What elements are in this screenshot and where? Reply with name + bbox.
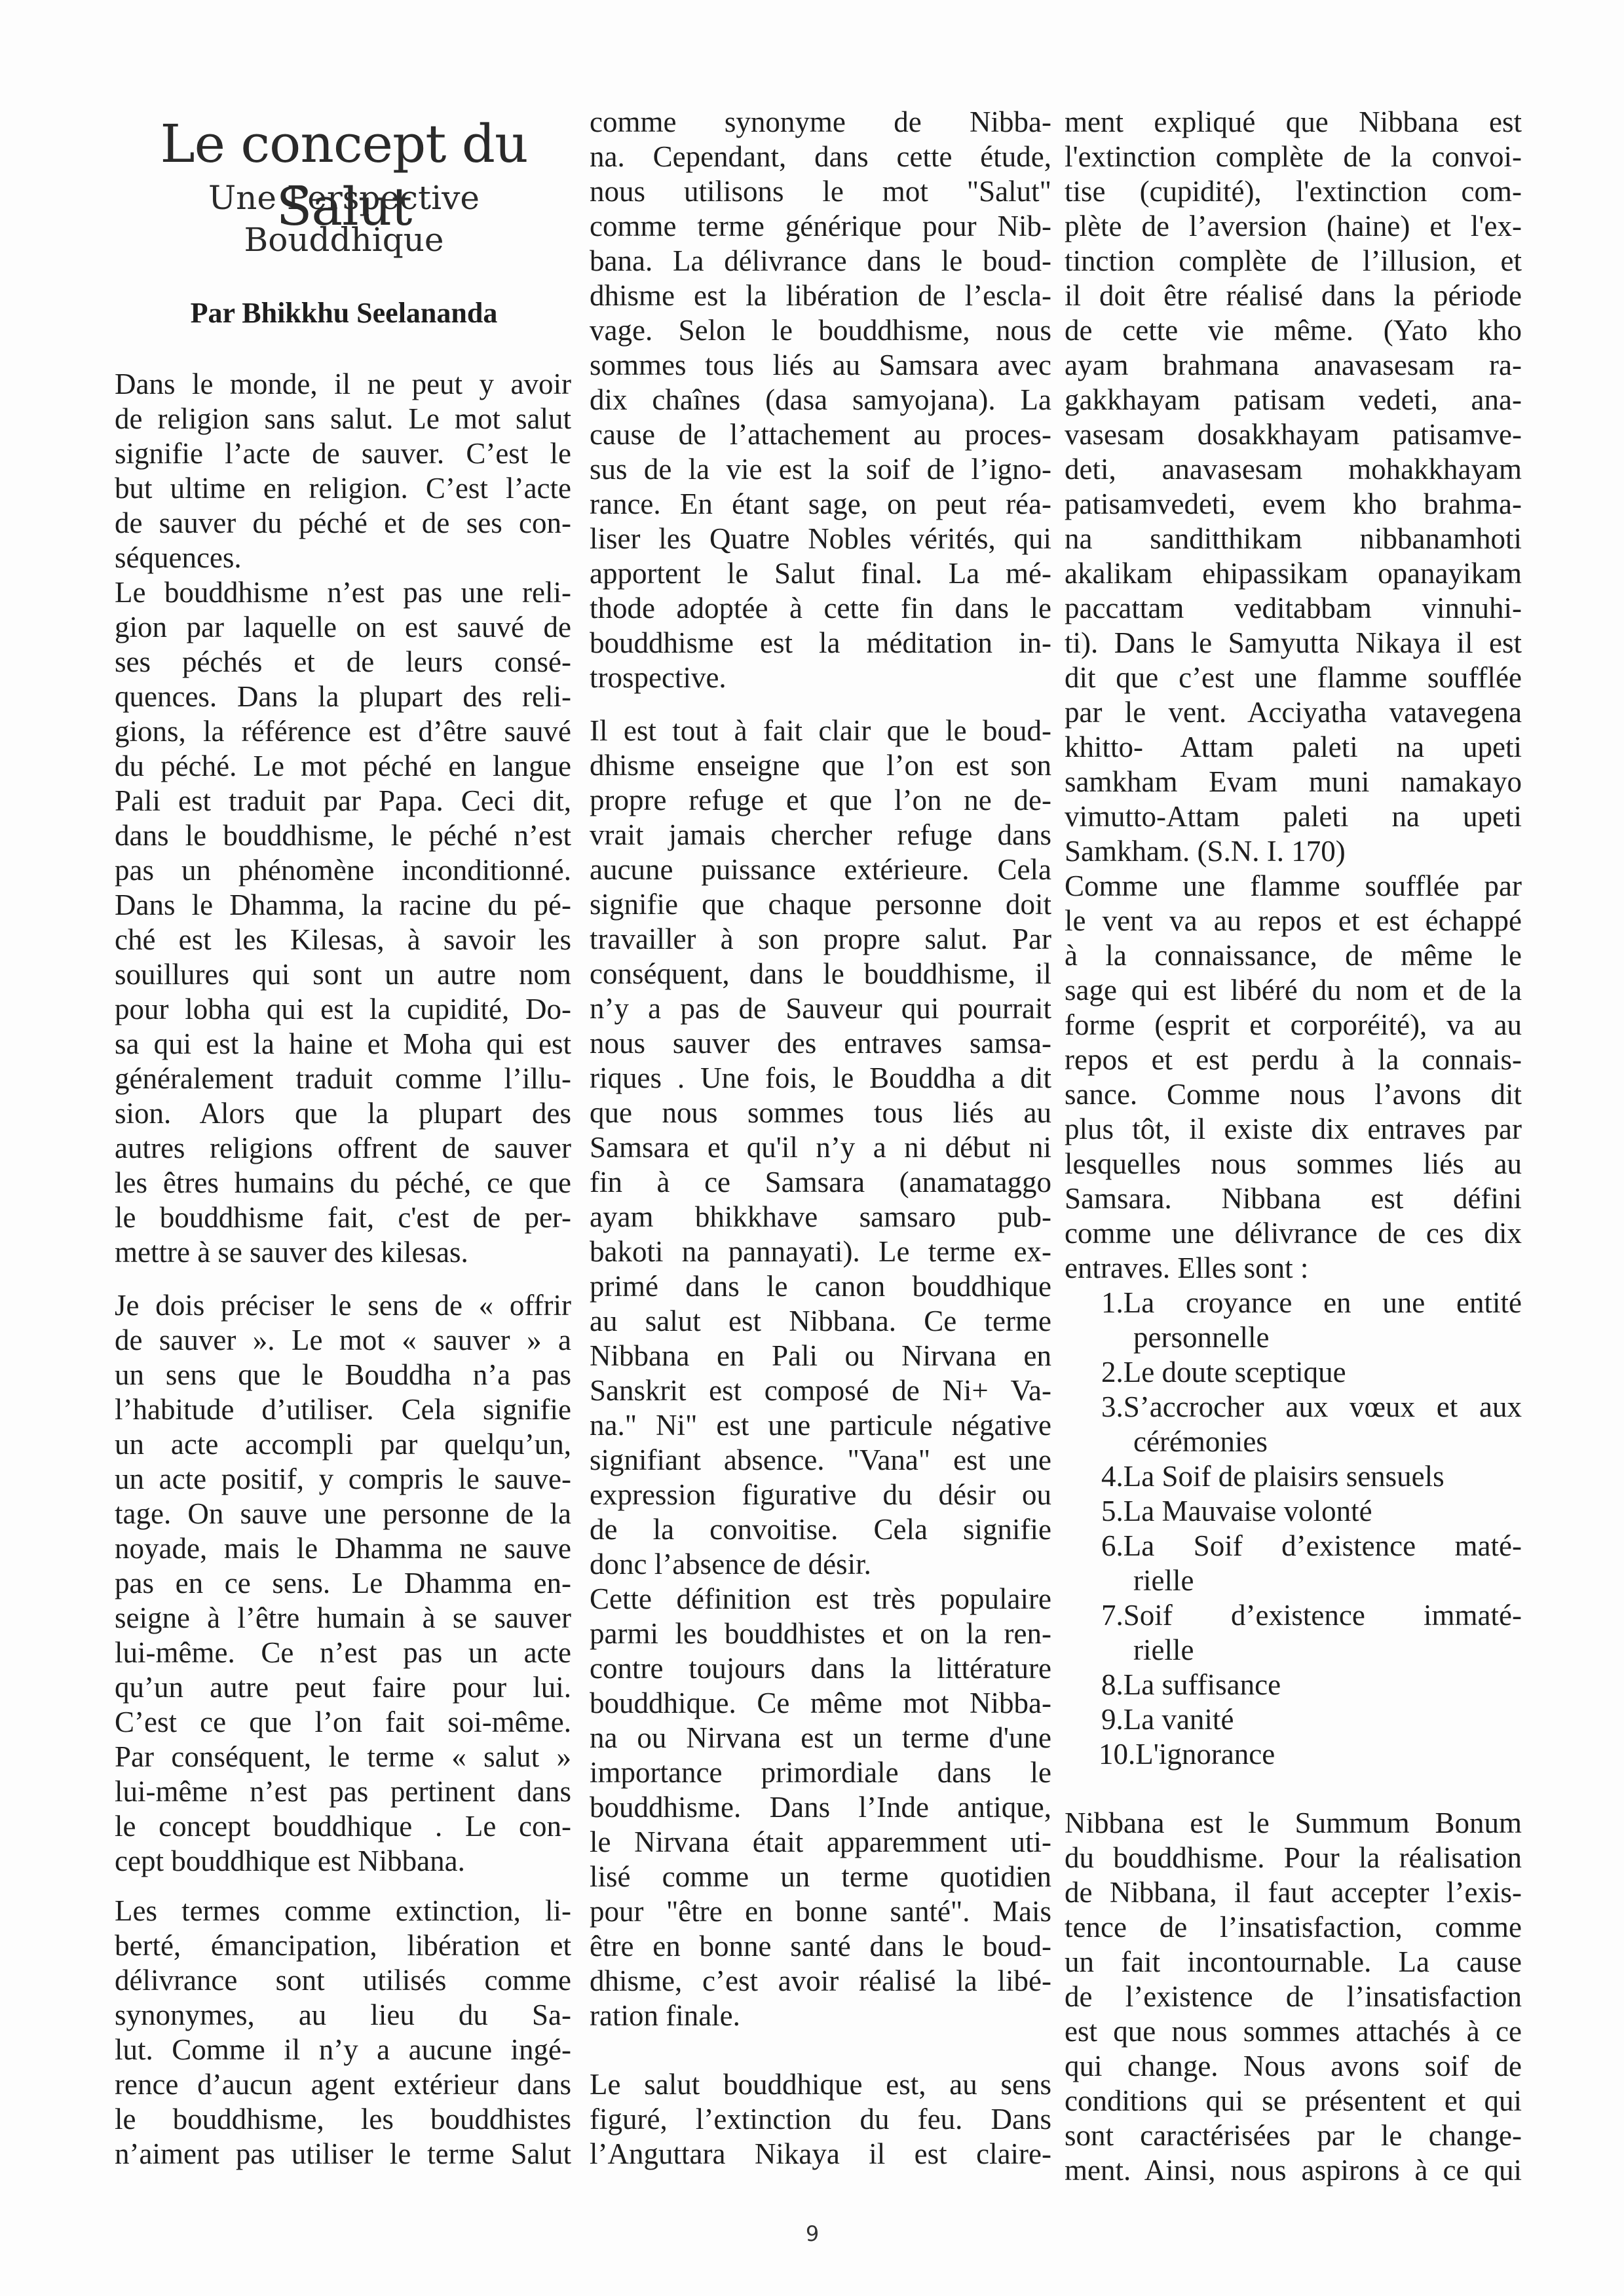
list-item-text: S’accrocher aux vœux et aux bbox=[1124, 1390, 1522, 1423]
text-line: aucune puissance extérieure. Cela bbox=[590, 852, 1051, 887]
text-line: le Nirvana était apparemment uti- bbox=[590, 1825, 1051, 1860]
list-item-continuation: personnelle bbox=[1133, 1320, 1522, 1355]
text-line: il doit être réalisé dans la période bbox=[1065, 278, 1522, 313]
list-item-number: 4. bbox=[1101, 1460, 1124, 1493]
text-line: plète de l’aversion (haine) et l'ex- bbox=[1065, 209, 1522, 244]
text-line: sont caractérisées par le change- bbox=[1065, 2118, 1522, 2153]
list-item-text: La Mauvaise volonté bbox=[1124, 1495, 1372, 1527]
text-line: être en bonne santé dans le boud- bbox=[590, 1929, 1051, 1964]
text-line: ti). Dans le Samyutta Nikaya il est bbox=[1065, 626, 1522, 660]
list-item-text: Le doute sceptique bbox=[1124, 1356, 1346, 1388]
text-line: à la connaissance, de même le bbox=[1065, 938, 1522, 973]
text-line: riques . Une fois, le Bouddha a dit bbox=[590, 1061, 1051, 1096]
text-line: akalikam ehipassikam opanayikam bbox=[1065, 556, 1522, 591]
text-line: l’Anguttara Nikaya il est claire- bbox=[590, 2137, 1051, 2172]
text-line: Par conséquent, le terme « salut » bbox=[115, 1740, 571, 1774]
text-line: propre refuge et que l’on ne de- bbox=[590, 783, 1051, 818]
text-line: souillures qui sont un autre nom bbox=[115, 957, 571, 992]
document-page: Le concept du Salut Une Perspective Boud… bbox=[0, 0, 1624, 2296]
text-line: Pali est traduit par Papa. Ceci dit, bbox=[115, 784, 571, 818]
text-line: n’y a pas de Sauveur qui pourrait bbox=[590, 991, 1051, 1026]
text-line: Il est tout à fait clair que le boud- bbox=[590, 714, 1051, 748]
text-line: par le vent. Acciyatha vatavegena bbox=[1065, 695, 1522, 730]
text-line: de sauver du péché et de ses con- bbox=[115, 506, 571, 541]
text-line: rance. En étant sage, on peut réa- bbox=[590, 487, 1051, 522]
text-line: na sanditthikam nibbanamhoti bbox=[1065, 522, 1522, 556]
list-item: 5.La Mauvaise volonté bbox=[1101, 1494, 1522, 1529]
text-line: délivrance sont utilisés comme bbox=[115, 1963, 571, 1998]
text-line: qui change. Nous avons soif de bbox=[1065, 2049, 1522, 2084]
text-line: que nous sommes tous liés au bbox=[590, 1096, 1051, 1130]
text-line: n’aiment pas utiliser le terme Salut bbox=[115, 2137, 571, 2172]
text-line: vrait jamais chercher refuge dans bbox=[590, 818, 1051, 852]
text-line: ses péchés et de leurs consé- bbox=[115, 645, 571, 679]
text-line: importance primordiale dans le bbox=[590, 1755, 1051, 1790]
text-line: lui-même. Ce n’est pas un acte bbox=[115, 1636, 571, 1670]
list-item: 8.La suffisance bbox=[1101, 1668, 1522, 1702]
text-line: na." Ni" est une particule négative bbox=[590, 1408, 1051, 1443]
text-line: Nibbana en Pali ou Nirvana en bbox=[590, 1339, 1051, 1373]
text-line: ayam bhikkhave samsaro pub- bbox=[590, 1200, 1051, 1234]
list-item-text: La vanité bbox=[1124, 1703, 1234, 1736]
text-line: C’est ce que l’on fait soi-même. bbox=[115, 1705, 571, 1740]
text-line: Sanskrit est composé de Ni+ Va- bbox=[590, 1373, 1051, 1408]
article-subtitle-line-2: Bouddhique bbox=[115, 219, 573, 261]
text-line: signifie que chaque personne doit bbox=[590, 887, 1051, 922]
text-line: cause de l’attachement au proces- bbox=[590, 417, 1051, 452]
text-line: dans le bouddhisme, le péché n’est bbox=[115, 818, 571, 853]
text-line: travailler à son propre salut. Par bbox=[590, 922, 1051, 957]
text-line: ment expliqué que Nibbana est bbox=[1065, 105, 1522, 140]
text-line: signifiant absence. "Vana" est une bbox=[590, 1443, 1051, 1478]
text-line: Le salut bouddhique est, au sens bbox=[590, 2067, 1051, 2102]
list-item-text: L'ignorance bbox=[1135, 1738, 1275, 1770]
text-line: sance. Comme nous l’avons dit bbox=[1065, 1077, 1522, 1112]
text-line: sion. Alors que la plupart des bbox=[115, 1096, 571, 1131]
text-line: fin à ce Samsara (anamataggo bbox=[590, 1165, 1051, 1200]
list-item: 4.La Soif de plaisirs sensuels bbox=[1101, 1459, 1522, 1494]
text-line: dhisme, c’est avoir réalisé la libé- bbox=[590, 1964, 1051, 1999]
text-line: patisamvedeti, evem kho brahma- bbox=[1065, 487, 1522, 522]
text-line: de Nibbana, il faut accepter l’exis- bbox=[1065, 1875, 1522, 1910]
text-line: bouddhique. Ce même mot Nibba- bbox=[590, 1686, 1051, 1721]
text-line: seigne à l’être humain à se sauver bbox=[115, 1601, 571, 1636]
text-line: pas un phénomène inconditionné. bbox=[115, 853, 571, 888]
text-line: Les termes comme extinction, li- bbox=[115, 1894, 571, 1928]
text-line: vasesam dosakkhayam patisamve- bbox=[1065, 417, 1522, 452]
list-item-number: 5. bbox=[1101, 1495, 1124, 1527]
text-line: contre toujours dans la littérature bbox=[590, 1651, 1051, 1686]
text-line: paccattam veditabbam vinnuhi- bbox=[1065, 591, 1522, 626]
text-line: Comme une flamme soufflée par bbox=[1065, 869, 1522, 904]
text-line: sommes tous liés au Samsara avec bbox=[590, 348, 1051, 383]
text-line: Je dois préciser le sens de « offrir bbox=[115, 1288, 571, 1323]
text-line: deti, anavasesam mohakkhayam bbox=[1065, 452, 1522, 487]
text-line: bouddhisme est la méditation in- bbox=[590, 626, 1051, 660]
list-item-number: 10. bbox=[1099, 1738, 1135, 1770]
list-item: 10.L'ignorance bbox=[1099, 1737, 1522, 1772]
list-item-number: 1. bbox=[1101, 1286, 1124, 1319]
list-item: 7.Soif d’existence immaté- bbox=[1101, 1598, 1522, 1633]
text-line: sage qui est libéré du nom et de la bbox=[1065, 973, 1522, 1008]
list-item-number: 9. bbox=[1101, 1703, 1124, 1736]
text-line: Samsara et qu'il n’y a ni début ni bbox=[590, 1130, 1051, 1165]
text-line: sa qui est la haine et Moha qui est bbox=[115, 1027, 571, 1062]
text-line: Dans le Dhamma, la racine du pé- bbox=[115, 888, 571, 923]
text-line: qu’un autre peut faire pour lui. bbox=[115, 1670, 571, 1705]
text-line: cept bouddhique est Nibbana. bbox=[115, 1844, 571, 1879]
text-line: gions, la référence est d’être sauvé bbox=[115, 714, 571, 749]
list-item-number: 8. bbox=[1101, 1668, 1124, 1701]
list-item-number: 7. bbox=[1101, 1599, 1124, 1632]
text-line: dhisme est la libération de l’escla- bbox=[590, 278, 1051, 313]
list-item-number: 6. bbox=[1101, 1529, 1124, 1562]
text-line: noyade, mais le Dhamma ne sauve bbox=[115, 1531, 571, 1566]
text-line: Dans le monde, il ne peut y avoir bbox=[115, 367, 571, 402]
text-line: tinction complète de l’illusion, et bbox=[1065, 244, 1522, 278]
text-line: dit que c’est une flamme soufflée bbox=[1065, 660, 1522, 695]
text-line: trospective. bbox=[590, 660, 1051, 695]
text-line: apportent le Salut final. La mé- bbox=[590, 556, 1051, 591]
text-line: tise (cupidité), l'extinction com- bbox=[1065, 174, 1522, 209]
text-line: Cette définition est très populaire bbox=[590, 1582, 1051, 1617]
text-line: entraves. Elles sont : bbox=[1065, 1251, 1522, 1286]
text-line: du bouddhisme. Pour la réalisation bbox=[1065, 1841, 1522, 1875]
text-line: berté, émancipation, libération et bbox=[115, 1928, 571, 1963]
text-line: nous sauver des entraves samsa- bbox=[590, 1026, 1051, 1061]
text-line: quences. Dans la plupart des reli- bbox=[115, 679, 571, 714]
text-line: au salut est Nibbana. Ce terme bbox=[590, 1304, 1051, 1339]
text-line: bakoti na pannayati). Le terme ex- bbox=[590, 1234, 1051, 1269]
text-line: but ultime en religion. C’est l’acte bbox=[115, 471, 571, 506]
text-line: comme synonyme de Nibba- bbox=[590, 105, 1051, 140]
text-line: parmi les bouddhistes et on la ren- bbox=[590, 1617, 1051, 1651]
text-line: tence de l’insatisfaction, comme bbox=[1065, 1910, 1522, 1945]
text-line: na ou Nirvana est un terme d'une bbox=[590, 1721, 1051, 1755]
text-line: tage. On sauve une personne de la bbox=[115, 1497, 571, 1531]
text-line: un fait incontournable. La cause bbox=[1065, 1945, 1522, 1980]
text-line: figuré, l’extinction du feu. Dans bbox=[590, 2102, 1051, 2137]
text-line: samkham Evam muni namakayo bbox=[1065, 765, 1522, 799]
list-item: 6.La Soif d’existence maté- bbox=[1101, 1529, 1522, 1563]
list-item-text: La Soif d’existence maté- bbox=[1124, 1529, 1522, 1562]
list-item-continuation: rielle bbox=[1133, 1633, 1522, 1668]
text-line: ché est les Kilesas, à savoir les bbox=[115, 923, 571, 957]
text-line: pour lobha qui est la cupidité, Do- bbox=[115, 992, 571, 1027]
text-line: de religion sans salut. Le mot salut bbox=[115, 402, 571, 436]
list-item-number: 3. bbox=[1101, 1390, 1124, 1423]
text-line: lisé comme un terme quotidien bbox=[590, 1860, 1051, 1894]
list-item-continuation: rielle bbox=[1133, 1563, 1522, 1598]
text-line: lut. Comme il n’y a aucune ingé- bbox=[115, 2033, 571, 2067]
text-line: est que nous sommes attachés à ce bbox=[1065, 2014, 1522, 2049]
list-item: 2.Le doute sceptique bbox=[1101, 1355, 1522, 1390]
text-line: bouddhisme. Dans l’Inde antique, bbox=[590, 1790, 1051, 1825]
text-line: conditions qui se présentent et qui bbox=[1065, 2084, 1522, 2118]
text-line: pour "être en bonne santé". Mais bbox=[590, 1894, 1051, 1929]
text-line: de cette vie même. (Yato kho bbox=[1065, 313, 1522, 348]
text-line: l’habitude d’utiliser. Cela signifie bbox=[115, 1392, 571, 1427]
text-line: Nibbana est le Summum Bonum bbox=[1065, 1806, 1522, 1841]
list-item: 1.La croyance en une entité bbox=[1101, 1286, 1522, 1320]
text-line: na. Cependant, dans cette étude, bbox=[590, 140, 1051, 174]
text-line: Samkham. (S.N. I. 170) bbox=[1065, 834, 1522, 869]
text-line: ayam brahmana anavasesam ra- bbox=[1065, 348, 1522, 383]
page-number: 9 bbox=[760, 2221, 865, 2246]
text-line: liser les Quatre Nobles vérités, qui bbox=[590, 522, 1051, 556]
list-item: 3.S’accrocher aux vœux et aux bbox=[1101, 1390, 1522, 1425]
text-line: signifie l’acte de sauver. C’est le bbox=[115, 436, 571, 471]
text-line: rence d’aucun agent extérieur dans bbox=[115, 2067, 571, 2102]
text-line: khitto- Attam paleti na upeti bbox=[1065, 730, 1522, 765]
text-line: bana. La délivrance dans le boud- bbox=[590, 244, 1051, 278]
text-line: un acte positif, y compris le sauve- bbox=[115, 1462, 571, 1497]
text-line: lesquelles nous sommes liés au bbox=[1065, 1147, 1522, 1181]
text-line: gakkhayam patisam vedeti, ana- bbox=[1065, 383, 1522, 417]
text-line: primé dans le canon bouddhique bbox=[590, 1269, 1051, 1304]
text-line: pas en ce sens. Le Dhamma en- bbox=[115, 1566, 571, 1601]
text-line: de la convoitise. Cela signifie bbox=[590, 1512, 1051, 1547]
text-line: thode adoptée à cette fin dans le bbox=[590, 591, 1051, 626]
list-item-text: La croyance en une entité bbox=[1124, 1286, 1522, 1319]
text-line: ration finale. bbox=[590, 1999, 1051, 2033]
text-line: vimutto-Attam paleti na upeti bbox=[1065, 799, 1522, 834]
list-item-text: Soif d’existence immaté- bbox=[1124, 1599, 1522, 1632]
list-item-text: La suffisance bbox=[1124, 1668, 1281, 1701]
text-line: ment. Ainsi, nous aspirons à ce qui bbox=[1065, 2153, 1522, 2188]
text-line: le vent va au repos et est échappé bbox=[1065, 904, 1522, 938]
list-item-text: La Soif de plaisirs sensuels bbox=[1124, 1460, 1445, 1493]
list-item-number: 2. bbox=[1101, 1356, 1124, 1388]
text-line: donc l’absence de désir. bbox=[590, 1547, 1051, 1582]
text-line: autres religions offrent de sauver bbox=[115, 1131, 571, 1166]
text-line: plus tôt, il existe dix entraves par bbox=[1065, 1112, 1522, 1147]
text-line: gion par laquelle on est sauvé de bbox=[115, 610, 571, 645]
text-line: dix chaînes (dasa samyojana). La bbox=[590, 383, 1051, 417]
text-line: de sauver ». Le mot « sauver » a bbox=[115, 1323, 571, 1358]
text-line: dhisme enseigne que l’on est son bbox=[590, 748, 1051, 783]
text-line: séquences. bbox=[115, 541, 571, 575]
text-line: l'extinction complète de la convoi- bbox=[1065, 140, 1522, 174]
text-line: nous utilisons le mot "Salut" bbox=[590, 174, 1051, 209]
text-line: un sens que le Bouddha n’a pas bbox=[115, 1358, 571, 1392]
text-line: forme (esprit et corporéité), va au bbox=[1065, 1008, 1522, 1043]
text-line: vage. Selon le bouddhisme, nous bbox=[590, 313, 1051, 348]
text-line: les êtres humains du péché, ce que bbox=[115, 1166, 571, 1200]
article-subtitle-line-1: Une Perspective bbox=[115, 177, 573, 219]
text-line: repos et est perdu à la connais- bbox=[1065, 1043, 1522, 1077]
text-line: le bouddhisme fait, c'est de per- bbox=[115, 1200, 571, 1235]
text-line: un acte accompli par quelqu’un, bbox=[115, 1427, 571, 1462]
text-line: Le bouddhisme n’est pas une reli- bbox=[115, 575, 571, 610]
text-line: le bouddhisme, les bouddhistes bbox=[115, 2102, 571, 2137]
list-item-continuation: cérémonies bbox=[1133, 1425, 1522, 1459]
text-line: le concept bouddhique . Le con- bbox=[115, 1809, 571, 1844]
text-line: comme une délivrance de ces dix bbox=[1065, 1216, 1522, 1251]
text-line: lui-même n’est pas pertinent dans bbox=[115, 1774, 571, 1809]
text-line: du péché. Le mot péché en langue bbox=[115, 749, 571, 784]
text-line: expression figurative du désir ou bbox=[590, 1478, 1051, 1512]
text-line: conséquent, dans le bouddhisme, il bbox=[590, 957, 1051, 991]
text-line: synonymes, au lieu du Sa- bbox=[115, 1998, 571, 2033]
text-line: sus de la vie est la soif de l’igno- bbox=[590, 452, 1051, 487]
text-line: généralement traduit comme l’illu- bbox=[115, 1062, 571, 1096]
text-line: Samsara. Nibbana est défini bbox=[1065, 1181, 1522, 1216]
text-line: mettre à se sauver des kilesas. bbox=[115, 1235, 571, 1270]
article-author: Par Bhikkhu Seelananda bbox=[115, 295, 573, 332]
list-item: 9.La vanité bbox=[1101, 1702, 1522, 1737]
text-line: de l’existence de l’insatisfaction bbox=[1065, 1980, 1522, 2014]
text-line: comme terme générique pour Nib- bbox=[590, 209, 1051, 244]
